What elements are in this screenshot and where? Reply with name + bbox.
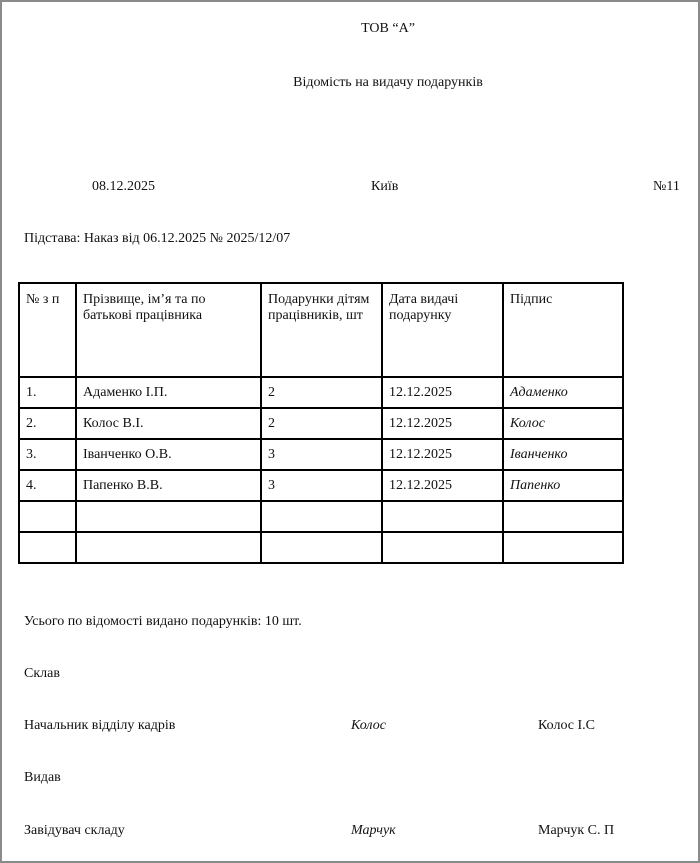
cell-row-number [19, 532, 76, 563]
document-date: 08.12.2025 [92, 179, 155, 195]
cell-gifts-count [261, 532, 382, 563]
document-number: №11 [653, 179, 680, 195]
cell-issue-date: 12.12.2025 [382, 439, 503, 470]
cell-issue-date [382, 501, 503, 532]
column-header-gifts-count: Подарунки дітям працівників, шт [261, 283, 382, 377]
cell-row-number: 3. [19, 439, 76, 470]
table-row [19, 501, 623, 532]
cell-employee-name [76, 501, 261, 532]
issued-by-label: Видав [24, 770, 61, 786]
column-header-number: № з п [19, 283, 76, 377]
composer-name: Колос І.С [538, 718, 595, 734]
cell-employee-name: Іванченко О.В. [76, 439, 261, 470]
composer-signature: Колос [351, 718, 386, 734]
cell-signature [503, 532, 623, 563]
document-city: Київ [371, 179, 398, 195]
issuer-position: Завідувач складу [24, 823, 125, 839]
table-row: 1.Адаменко І.П.212.12.2025Адаменко [19, 377, 623, 408]
table-row: 2.Колос В.І.212.12.2025Колос [19, 408, 623, 439]
cell-employee-name: Адаменко І.П. [76, 377, 261, 408]
composer-position: Начальник відділу кадрів [24, 718, 175, 734]
cell-row-number: 1. [19, 377, 76, 408]
cell-employee-name: Колос В.І. [76, 408, 261, 439]
table-header-row: № з п Прізвище, ім’я та по батькові прац… [19, 283, 623, 377]
gifts-table: № з п Прізвище, ім’я та по батькові прац… [18, 282, 624, 564]
cell-employee-name: Папенко В.В. [76, 470, 261, 501]
cell-issue-date: 12.12.2025 [382, 408, 503, 439]
cell-signature: Адаменко [503, 377, 623, 408]
cell-signature [503, 501, 623, 532]
document-page: ТОВ “А” Відомість на видачу подарунків 0… [0, 0, 700, 863]
cell-signature: Колос [503, 408, 623, 439]
total-summary: Усього по відомості видано подарунків: 1… [24, 614, 302, 630]
cell-gifts-count: 3 [261, 439, 382, 470]
cell-issue-date [382, 532, 503, 563]
cell-issue-date: 12.12.2025 [382, 470, 503, 501]
cell-gifts-count: 3 [261, 470, 382, 501]
cell-gifts-count: 2 [261, 408, 382, 439]
cell-row-number: 4. [19, 470, 76, 501]
issuer-name: Марчук С. П [538, 823, 614, 839]
composed-by-label: Склав [24, 666, 60, 682]
column-header-issue-date: Дата видачі подарунку [382, 283, 503, 377]
issuer-signature: Марчук [351, 823, 396, 839]
cell-signature: Іванченко [503, 439, 623, 470]
company-name: ТОВ “А” [2, 21, 700, 37]
cell-gifts-count: 2 [261, 377, 382, 408]
document-basis: Підстава: Наказ від 06.12.2025 № 2025/12… [24, 231, 290, 247]
cell-gifts-count [261, 501, 382, 532]
table-row: 4.Папенко В.В.312.12.2025Папенко [19, 470, 623, 501]
cell-issue-date: 12.12.2025 [382, 377, 503, 408]
cell-row-number: 2. [19, 408, 76, 439]
cell-row-number [19, 501, 76, 532]
cell-employee-name [76, 532, 261, 563]
table-row [19, 532, 623, 563]
table-row: 3.Іванченко О.В.312.12.2025Іванченко [19, 439, 623, 470]
document-title: Відомість на видачу подарунків [2, 75, 700, 91]
column-header-signature: Підпис [503, 283, 623, 377]
cell-signature: Папенко [503, 470, 623, 501]
column-header-employee-name: Прізвище, ім’я та по батькові працівника [76, 283, 261, 377]
